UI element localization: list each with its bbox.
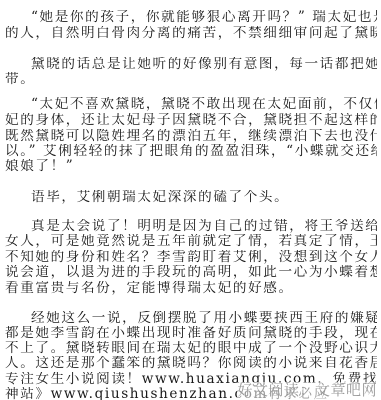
paragraph-3-line-1: “太妃不喜欢黛晓，黛晓不敢出现在太妃面前，不仅伤了太 xyxy=(31,97,377,112)
paragraph-5-line-3: 不知她的身份和姓名？李雪韵盯着艾俐，没想到这个女人如此能 xyxy=(5,250,377,265)
paragraph-1-line-1: “她是你的孩子，你就能够狠心离开吗？” 瑞太妃也是做娘 xyxy=(31,10,377,25)
paragraph-3-line-2: 妃的身体，还让太妃母子因黛晓不合，黛晓担不起这样的责任， xyxy=(5,113,377,128)
paragraph-5-line-1: 真是太会说了！明明是因为自己的过错，将王爷送给了这个 xyxy=(31,219,377,234)
paragraph-3-line-3: 既然黛晓可以隐姓埋名的漂泊五年，继续漂泊下去也没什么不可 xyxy=(5,129,377,144)
paragraph-3-line-4: 以。” 艾俐轻轻的抹了把眼角的盈盈泪珠，“小蝶就交还给太妃 xyxy=(5,144,377,159)
paragraph-6-line-2: 都是她李雪韵在小蝶出现时准备好质问黛晓的手段，现在竟然用 xyxy=(5,326,377,341)
paragraph-4-line-1: 语毕，艾俐朝瑞太妃深深的磕了个头。 xyxy=(31,190,377,205)
paragraph-5-line-5: 看重富贵与名份，定能博得瑞太妃的好感。 xyxy=(5,281,377,296)
paragraph-2-line-2: 带。 xyxy=(5,72,377,87)
paragraph-6-line-4: 人。这还是那个蠢笨的黛晓吗？你阅读的小说来自花香居，我们 xyxy=(5,356,377,371)
site-watermark: 好文阅读：文章吧网 xyxy=(237,382,377,399)
paragraph-3-line-5: 娘娘了！” xyxy=(5,159,377,174)
scanned-novel-page: “她是你的孩子，你就能够狠心离开吗？” 瑞太妃也是做娘 的人，自然明白骨肉分离的… xyxy=(0,0,381,400)
paragraph-6-line-1: 经她这么一说，反倒摆脱了用小蝶要挟西王府的嫌疑，本来 xyxy=(31,311,377,326)
paragraph-5-line-2: 女人，可是她竟然说是五年前就定了情，若真定了情，王爷怎会 xyxy=(5,234,377,249)
paragraph-5-line-4: 说会道，以退为进的手段玩的高明，如此一心为小蝶着想，而不 xyxy=(5,265,377,280)
paragraph-1-line-2: 的人，自然明白骨肉分离的痛苦，不禁细细审问起了黛晓。 xyxy=(5,26,377,41)
paragraph-6-line-3: 不上了。黛晓转眼间在瑞太妃的眼中成了一个没野心识大体的女 xyxy=(5,341,377,356)
paragraph-2-line-1: 黛晓的话总是让她听的好像别有意图，每一话都把她往深里 xyxy=(31,57,377,72)
